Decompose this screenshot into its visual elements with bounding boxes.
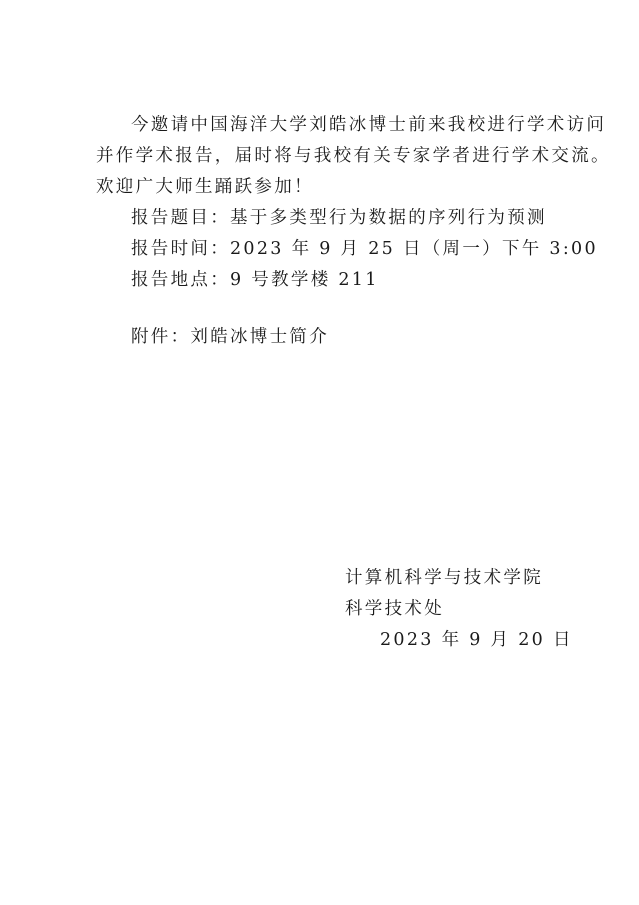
report-title: 报告题目：基于多类型行为数据的序列行为预测 (131, 207, 547, 229)
report-time: 报告时间：2023 年 9 月 25 日（周一）下午 3:00 (131, 238, 598, 260)
report-location: 报告地点：9 号教学楼 211 (131, 269, 379, 291)
body-line-2: 并作学术报告，届时将与我校有关专家学者进行学术交流。 (96, 145, 611, 167)
body-line-1: 今邀请中国海洋大学刘皓冰博士前来我校进行学术访问 (131, 114, 606, 136)
signature-org-1: 计算机科学与技术学院 (345, 567, 543, 589)
signature-date: 2023 年 9 月 20 日 (380, 629, 573, 651)
body-line-3: 欢迎广大师生踊跃参加！ (96, 176, 314, 198)
signature-org-2: 科学技术处 (345, 598, 444, 620)
attachment-note: 附件：刘皓冰博士简介 (131, 326, 329, 348)
